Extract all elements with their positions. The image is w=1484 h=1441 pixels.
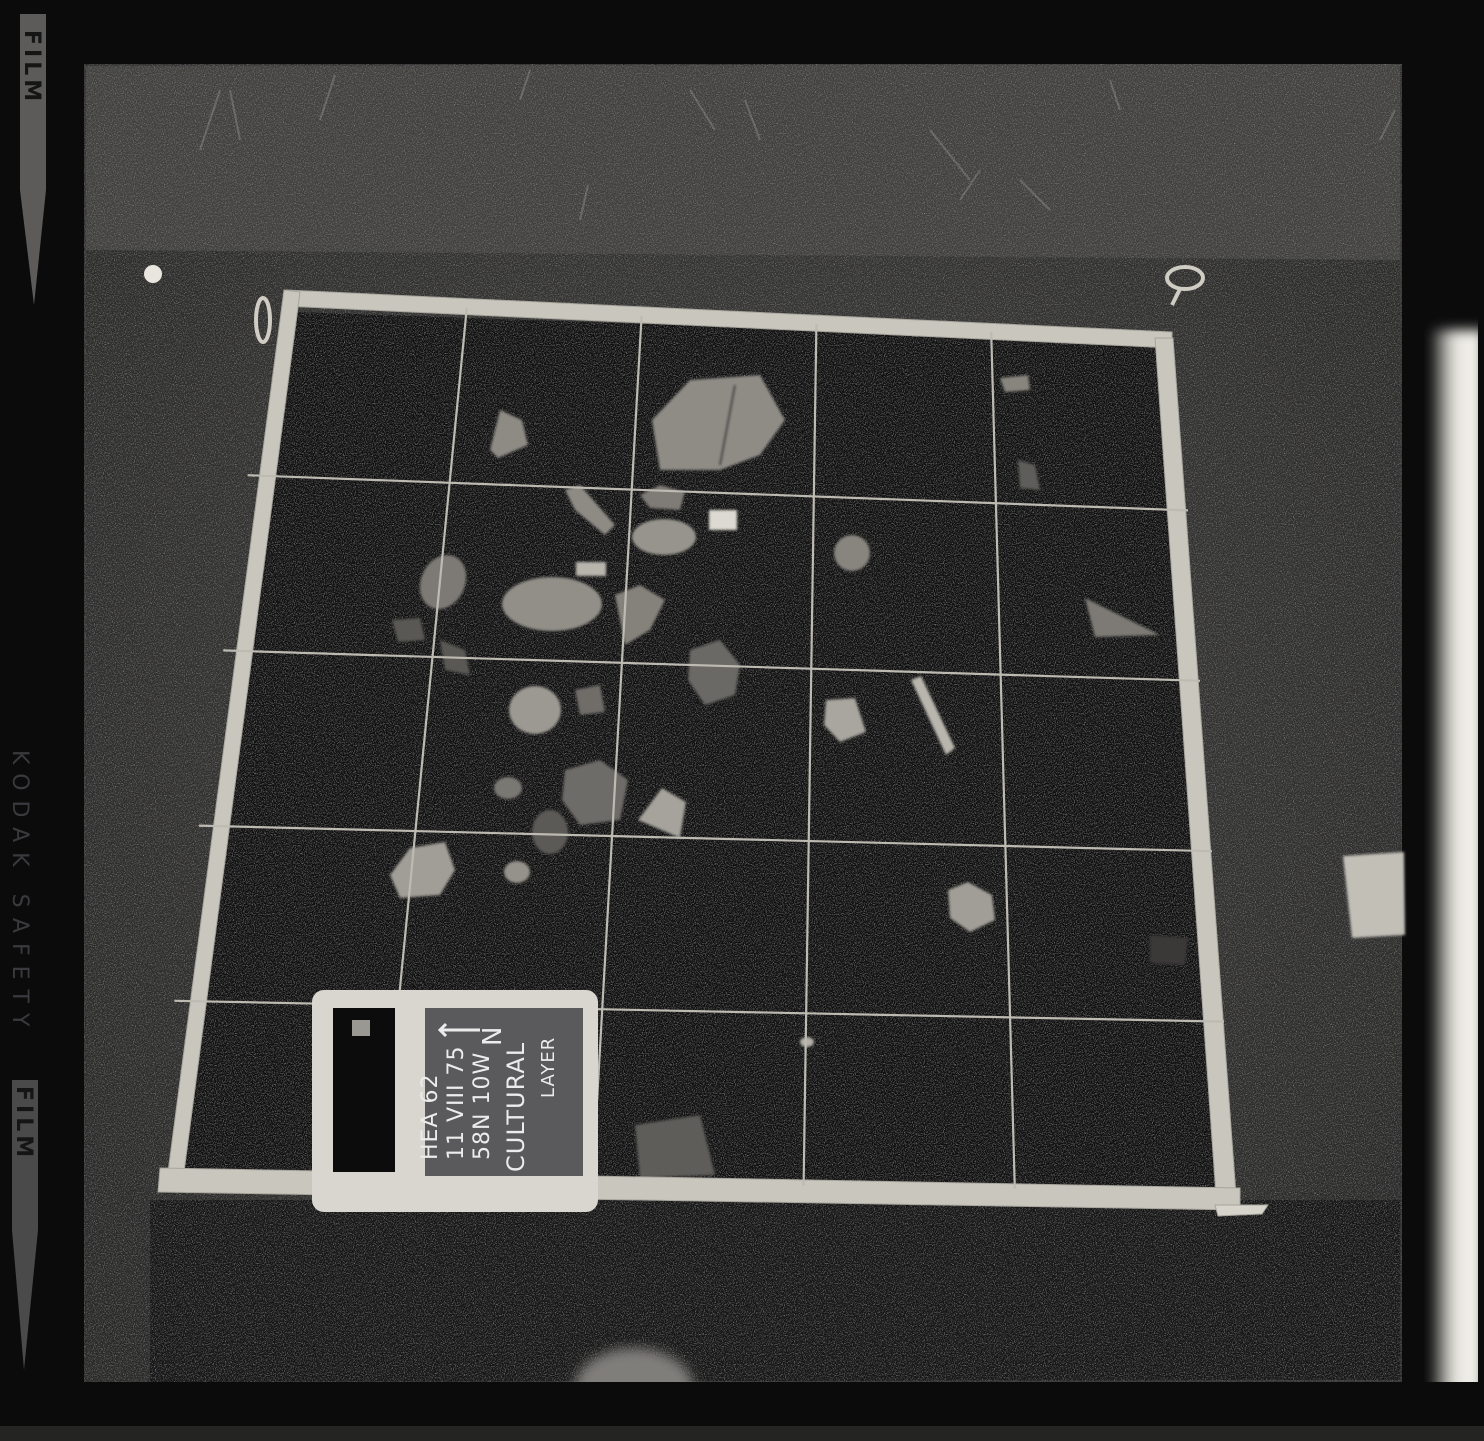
film-tab-bottom-label: FILM: [11, 1086, 36, 1161]
film-tab-top-label: FILM: [19, 30, 44, 105]
survey-marker: [144, 265, 162, 283]
board-layer-line2: LAYER: [538, 1037, 559, 1098]
field-block: [1343, 852, 1405, 938]
board-site: HEA 62: [418, 1074, 443, 1160]
board-layer-line1: CULTURAL: [502, 1042, 530, 1172]
film-edge-brand: KODAK SAFETY: [7, 750, 32, 1036]
excavation-photo: [0, 0, 1484, 1441]
board-unit: 58N 10W: [470, 1052, 495, 1160]
light-leak: [1430, 330, 1484, 1410]
board-date: 11 VIII 75: [444, 1046, 469, 1161]
